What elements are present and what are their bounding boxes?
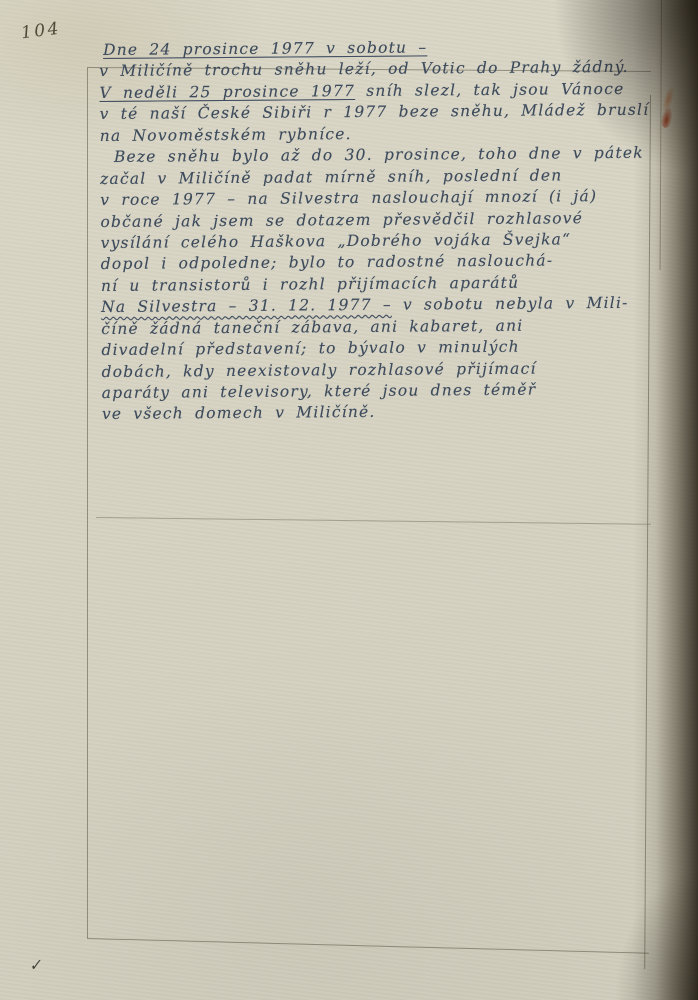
- frame-left-line: [87, 67, 88, 938]
- manuscript-segment: ve všech domech v Miličíně.: [102, 403, 376, 423]
- manuscript-segment: číně žádná taneční zábava, ani kabaret, …: [101, 316, 523, 337]
- bottom-right-corner-shadow: [608, 860, 698, 1000]
- manuscript-segment: Na Silvestra – 31. 12. 1977 –: [101, 296, 392, 316]
- manuscript-segment: Dne 24 prosince 1977 v sobotu –: [103, 38, 427, 59]
- page-number: 104: [20, 19, 62, 44]
- manuscript-segment: občané jak jsem se dotazem přesvědčil ro…: [100, 209, 583, 231]
- manuscript-segment: divadelní představení; to bývalo v minul…: [101, 338, 519, 359]
- manuscript-line: ve všech domech v Miličíně.: [102, 400, 652, 426]
- manuscript-segment: na Novoměstském rybníce.: [100, 125, 352, 145]
- manuscript-segment: V neděli 25 prosince 1977: [99, 82, 355, 102]
- manuscript-segment: v roce 1977 – na Silvestra naslouchají m…: [100, 187, 597, 209]
- manuscript-segment: začal v Miličíně padat mírně sníh, posle…: [100, 166, 562, 188]
- manuscript-segment: dopol i odpoledne; bylo to radostné nasl…: [101, 252, 554, 274]
- frame-bottom-line: [87, 938, 649, 954]
- top-right-corner-shadow: [548, 0, 698, 180]
- manuscript-segment: dobách, kdy neexistovaly rozhlasové přij…: [102, 359, 537, 380]
- manuscript-line: Na Silvestra – 31. 12. 1977 – v sobotu n…: [101, 293, 651, 319]
- manuscript-segment: v sobotu nebyla v Mili-: [392, 294, 629, 314]
- chronicle-page-scan: 104 Dne 24 prosince 1977 v sobotu –v Mil…: [0, 0, 698, 1000]
- manuscript-segment: ní u transistorů i rozhl přijímacích apa…: [101, 274, 519, 295]
- manuscript-segment: vysílání celého Haškova „Dobrého vojáka …: [101, 230, 572, 252]
- middle-divider-line: [96, 517, 651, 525]
- checkmark: ✓: [28, 955, 43, 975]
- manuscript-segment: aparáty ani televisory, které jsou dnes …: [102, 381, 537, 402]
